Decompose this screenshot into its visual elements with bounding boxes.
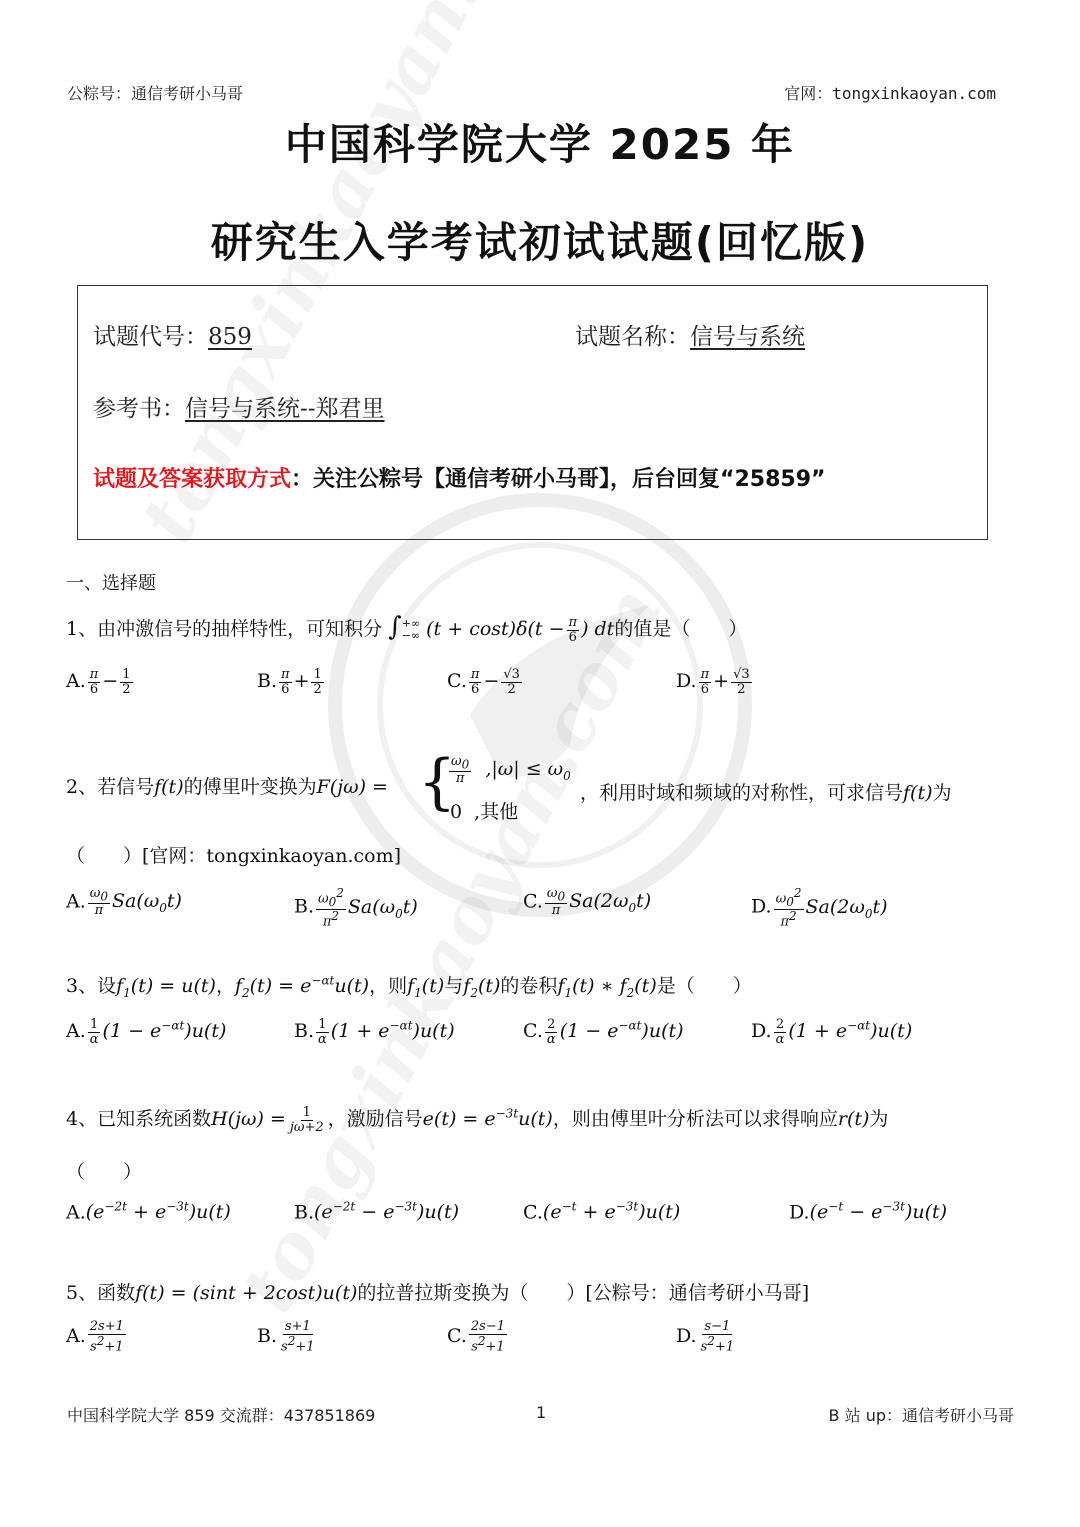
answer-notice-text: ：关注公粽号【通信考研小马哥】，后台回复“25859” xyxy=(291,467,825,492)
option-3a[interactable]: A.1α(1 − e−αt)u(t) xyxy=(66,1018,226,1046)
header-website: 官网：tongxinkaoyan.com xyxy=(784,81,996,104)
footer-bilibili: B 站 up：通信考研小马哥 xyxy=(829,1403,1014,1426)
exam-code-value: 859 xyxy=(208,324,252,350)
reference-book-value: 信号与系统--郑君里 xyxy=(185,396,385,422)
question-4: 4、已知系统函数H(jω) =1jω+2，激励信号e(t) = e−3tu(t)… xyxy=(66,1104,888,1134)
question-number: 2、 xyxy=(66,776,97,798)
question-math: ∫+∞−∞ (t + cost)δ(t −π6) dt xyxy=(388,618,614,640)
question-text: 由冲激信号的抽样特性，可知积分 xyxy=(97,618,382,640)
question-3: 3、设f1(t) = u(t)，f2(t) = e−αtu(t)，则f1(t)与… xyxy=(66,971,752,1000)
page-number: 1 xyxy=(536,1403,546,1422)
option-5d[interactable]: D.s−1s2+1 xyxy=(676,1320,738,1354)
option-3d[interactable]: D.2α(1 + e−αt)u(t) xyxy=(751,1018,912,1046)
piecewise-case-1: ω0π ,|ω| ≤ ω0 xyxy=(447,755,571,786)
option-1a[interactable]: A.π6−12 xyxy=(66,668,135,696)
question-2: 2、若信号f(t)的傅里叶变换为F(jω) = xyxy=(66,772,388,799)
reference-book: 参考书：信号与系统--郑君里 xyxy=(93,390,385,423)
question-number: 1、 xyxy=(66,618,97,640)
exam-name-label: 试题名称： xyxy=(575,324,690,350)
option-2a[interactable]: A.ω0πSa(ω0t) xyxy=(66,887,182,918)
header-wechat: 公粽号：通信考研小马哥 xyxy=(67,81,243,104)
answer-notice: 试题及答案获取方式：关注公粽号【通信考研小马哥】，后台回复“25859” xyxy=(93,462,825,493)
option-3c[interactable]: C.2α(1 − e−αt)u(t) xyxy=(523,1018,684,1046)
question-2-tail: ，利用时域和频域的对称性，可求信号f(t)为 xyxy=(580,778,952,805)
question-5: 5、函数f(t) = (sint + 2cost)u(t)的拉普拉斯变换为（ ）… xyxy=(66,1278,809,1305)
question-2-line2: （ ）[官网：tongxinkaoyan.com] xyxy=(66,841,401,868)
piecewise-case-2: 0 ,其他 xyxy=(450,797,518,824)
option-1c[interactable]: C.π6−√32 xyxy=(447,668,524,696)
section-title: 一、选择题 xyxy=(66,569,156,595)
question-4-line2: （ ） xyxy=(66,1157,142,1184)
option-4d[interactable]: D.(e−t − e−3t)u(t) xyxy=(789,1200,947,1223)
option-5c[interactable]: C.2s−1s2+1 xyxy=(447,1320,509,1354)
question-text-post: 的值是（ ） xyxy=(614,618,747,640)
option-4c[interactable]: C.(e−t + e−3t)u(t) xyxy=(523,1200,680,1223)
page-title-line2: 研究生入学考试初试试题(回忆版) xyxy=(0,210,1080,270)
option-3b[interactable]: B.1α(1 + e−αt)u(t) xyxy=(294,1018,455,1046)
option-4a[interactable]: A.(e−2t + e−3t)u(t) xyxy=(66,1200,231,1223)
option-5b[interactable]: B.s+1s2+1 xyxy=(257,1320,319,1354)
page-title-line1: 中国科学院大学 2025 年 xyxy=(0,112,1080,172)
reference-book-label: 参考书： xyxy=(93,396,185,422)
exam-name-value: 信号与系统 xyxy=(690,324,805,350)
question-number: 4、 xyxy=(66,1108,97,1130)
option-1b[interactable]: B.π6+12 xyxy=(257,668,326,696)
option-2b[interactable]: B.ω02π2Sa(ω0t) xyxy=(294,887,418,928)
question-number: 5、 xyxy=(66,1282,97,1304)
option-2c[interactable]: C.ω0πSa(2ω0t) xyxy=(523,887,651,918)
exam-code-label: 试题代号： xyxy=(93,324,208,350)
question-number: 3、 xyxy=(66,975,97,997)
footer-group: 中国科学院大学 859 交流群：437851869 xyxy=(67,1403,375,1426)
option-4b[interactable]: B.(e−2t − e−3t)u(t) xyxy=(294,1200,459,1223)
question-1: 1、由冲激信号的抽样特性，可知积分 ∫+∞−∞ (t + cost)δ(t −π… xyxy=(66,612,747,644)
option-5a[interactable]: A.2s+1s2+1 xyxy=(66,1320,128,1354)
option-1d[interactable]: D.π6+√32 xyxy=(676,668,754,696)
answer-notice-label: 试题及答案获取方式 xyxy=(93,467,291,492)
exam-code: 试题代号：859 xyxy=(93,318,252,351)
exam-name: 试题名称：信号与系统 xyxy=(575,318,805,351)
option-2d[interactable]: D.ω02π2Sa(2ω0t) xyxy=(751,887,888,928)
